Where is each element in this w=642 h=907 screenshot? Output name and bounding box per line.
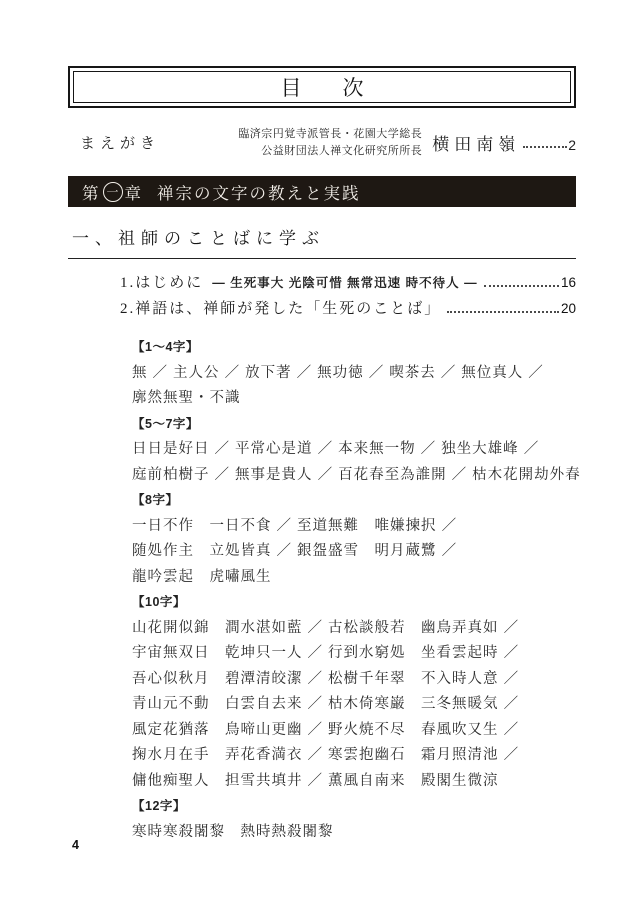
phrase-group: 【1〜4字】 無 ／ 主人公 ／ 放下著 ／ 無功徳 ／ 喫茶去 ／ 無位真人 … xyxy=(132,335,576,412)
toc-item-main: 1.はじめに xyxy=(120,275,203,291)
toc-item-page: 16 xyxy=(561,270,576,296)
page-content: 目 次 まえがき 臨済宗円覚寺派管長・花園大学総長 公益財団法人禅文化研究所所長… xyxy=(68,0,576,845)
title-box-inner: 目 次 xyxy=(73,71,571,103)
phrase-line: 青山元不動 白雲自去来 ／ 枯木倚寒巌 三冬無暖気 ／ xyxy=(132,692,576,718)
chapter-prefix: 第 xyxy=(82,180,101,204)
preface-author: 横田南嶺 xyxy=(432,130,520,155)
toc-page: 目 次 まえがき 臨済宗円覚寺派管長・花園大学総長 公益財団法人禅文化研究所所長… xyxy=(0,0,642,907)
phrase-group-label: 【1〜4字】 xyxy=(132,335,576,361)
toc-item-label: 2.禅語は、禅師が発した「生死のことば」 xyxy=(120,296,441,322)
phrase-line: 掬水月在手 弄花香満衣 ／ 寒雲抱幽石 霜月照清池 ／ xyxy=(132,743,576,769)
toc-list: 1.はじめに ― 生死事大 光陰可惜 無常迅速 時不待人 ― 16 2.禅語は、… xyxy=(68,270,576,322)
phrase-group-label: 【8字】 xyxy=(132,488,576,514)
chapter-title: 禅宗の文字の教えと実践 xyxy=(157,180,361,204)
phrase-group-label: 【12字】 xyxy=(132,794,576,820)
chapter-suffix: 章 xyxy=(125,180,144,204)
toc-item: 1.はじめに ― 生死事大 光陰可惜 無常迅速 時不待人 ― 16 xyxy=(120,270,576,296)
toc-item-sub: ― 生死事大 光陰可惜 無常迅速 時不待人 ― xyxy=(212,276,477,290)
phrase-line: 庭前柏樹子 ／ 無事是貴人 ／ 百花春至為誰開 ／ 枯木花開劫外春 xyxy=(132,463,576,489)
toc-item-label: 1.はじめに ― 生死事大 光陰可惜 無常迅速 時不待人 ― xyxy=(120,270,478,296)
page-number: 4 xyxy=(72,838,79,852)
phrase-group-label: 【5〜7字】 xyxy=(132,412,576,438)
phrase-line: 風定花猶落 鳥啼山更幽 ／ 野火焼不尽 春風吹又生 ／ xyxy=(132,718,576,744)
phrase-line: 傭他痴聖人 担雪共填井 ／ 薫風自南来 殿閣生微涼 xyxy=(132,769,576,795)
phrase-line: 吾心似秋月 碧潭清皎潔 ／ 松樹千年翠 不入時人意 ／ xyxy=(132,667,576,693)
phrase-line: 寒時寒殺闍黎 熱時熱殺闍黎 xyxy=(132,820,576,846)
phrase-line: 随処作主 立処皆真 ／ 銀盌盛雪 明月蔵鷺 ／ xyxy=(132,539,576,565)
toc-item: 2.禅語は、禅師が発した「生死のことば」 20 xyxy=(120,296,576,322)
preface-credit-line2: 公益財団法人禅文化研究所所長 xyxy=(261,145,422,157)
phrase-line: 一日不作 一日不食 ／ 至道無難 唯嫌揀択 ／ xyxy=(132,514,576,540)
toc-item-main: 2.禅語は、禅師が発した「生死のことば」 xyxy=(120,301,441,317)
chapter-number-circled: 一 xyxy=(103,182,123,202)
phrase-line: 廓然無聖・不識 xyxy=(132,386,576,412)
phrase-group: 【10字】 山花開似錦 澗水湛如藍 ／ 古松談般若 幽鳥弄真如 ／ 宇宙無双日 … xyxy=(132,590,576,794)
dotted-leader xyxy=(484,285,559,287)
dotted-leader xyxy=(523,146,567,148)
preface-label: まえがき xyxy=(68,132,160,153)
preface-page-number: 2 xyxy=(568,137,576,153)
phrase-line: 宇宙無双日 乾坤只一人 ／ 行到水窮処 坐看雲起時 ／ xyxy=(132,641,576,667)
phrase-group-label: 【10字】 xyxy=(132,590,576,616)
phrase-group: 【8字】 一日不作 一日不食 ／ 至道無難 唯嫌揀択 ／ 随処作主 立処皆真 ／… xyxy=(132,488,576,590)
section-heading: 一、祖師のことばに学ぶ xyxy=(68,222,576,259)
phrase-group: 【5〜7字】 日日是好日 ／ 平常心是道 ／ 本来無一物 ／ 独坐大雄峰 ／ 庭… xyxy=(132,412,576,489)
phrase-line: 龍吟雲起 虎嘯風生 xyxy=(132,565,576,591)
preface-credit: 臨済宗円覚寺派管長・花園大学総長 公益財団法人禅文化研究所所長 xyxy=(160,126,424,159)
phrase-line: 無 ／ 主人公 ／ 放下著 ／ 無功徳 ／ 喫茶去 ／ 無位真人 ／ xyxy=(132,361,576,387)
preface-credit-line1: 臨済宗円覚寺派管長・花園大学総長 xyxy=(238,128,422,140)
phrase-line: 山花開似錦 澗水湛如藍 ／ 古松談般若 幽鳥弄真如 ／ xyxy=(132,616,576,642)
chapter-banner: 第 一 章 禅宗の文字の教えと実践 xyxy=(68,176,576,207)
phrase-groups: 【1〜4字】 無 ／ 主人公 ／ 放下著 ／ 無功徳 ／ 喫茶去 ／ 無位真人 … xyxy=(68,335,576,845)
dotted-leader xyxy=(447,311,559,313)
phrase-line: 日日是好日 ／ 平常心是道 ／ 本来無一物 ／ 独坐大雄峰 ／ xyxy=(132,437,576,463)
preface-row: まえがき 臨済宗円覚寺派管長・花園大学総長 公益財団法人禅文化研究所所長 横田南… xyxy=(68,126,576,159)
title-box: 目 次 xyxy=(68,66,576,108)
page-title: 目 次 xyxy=(271,72,374,102)
phrase-group: 【12字】 寒時寒殺闍黎 熱時熱殺闍黎 xyxy=(132,794,576,845)
toc-item-page: 20 xyxy=(561,296,576,322)
